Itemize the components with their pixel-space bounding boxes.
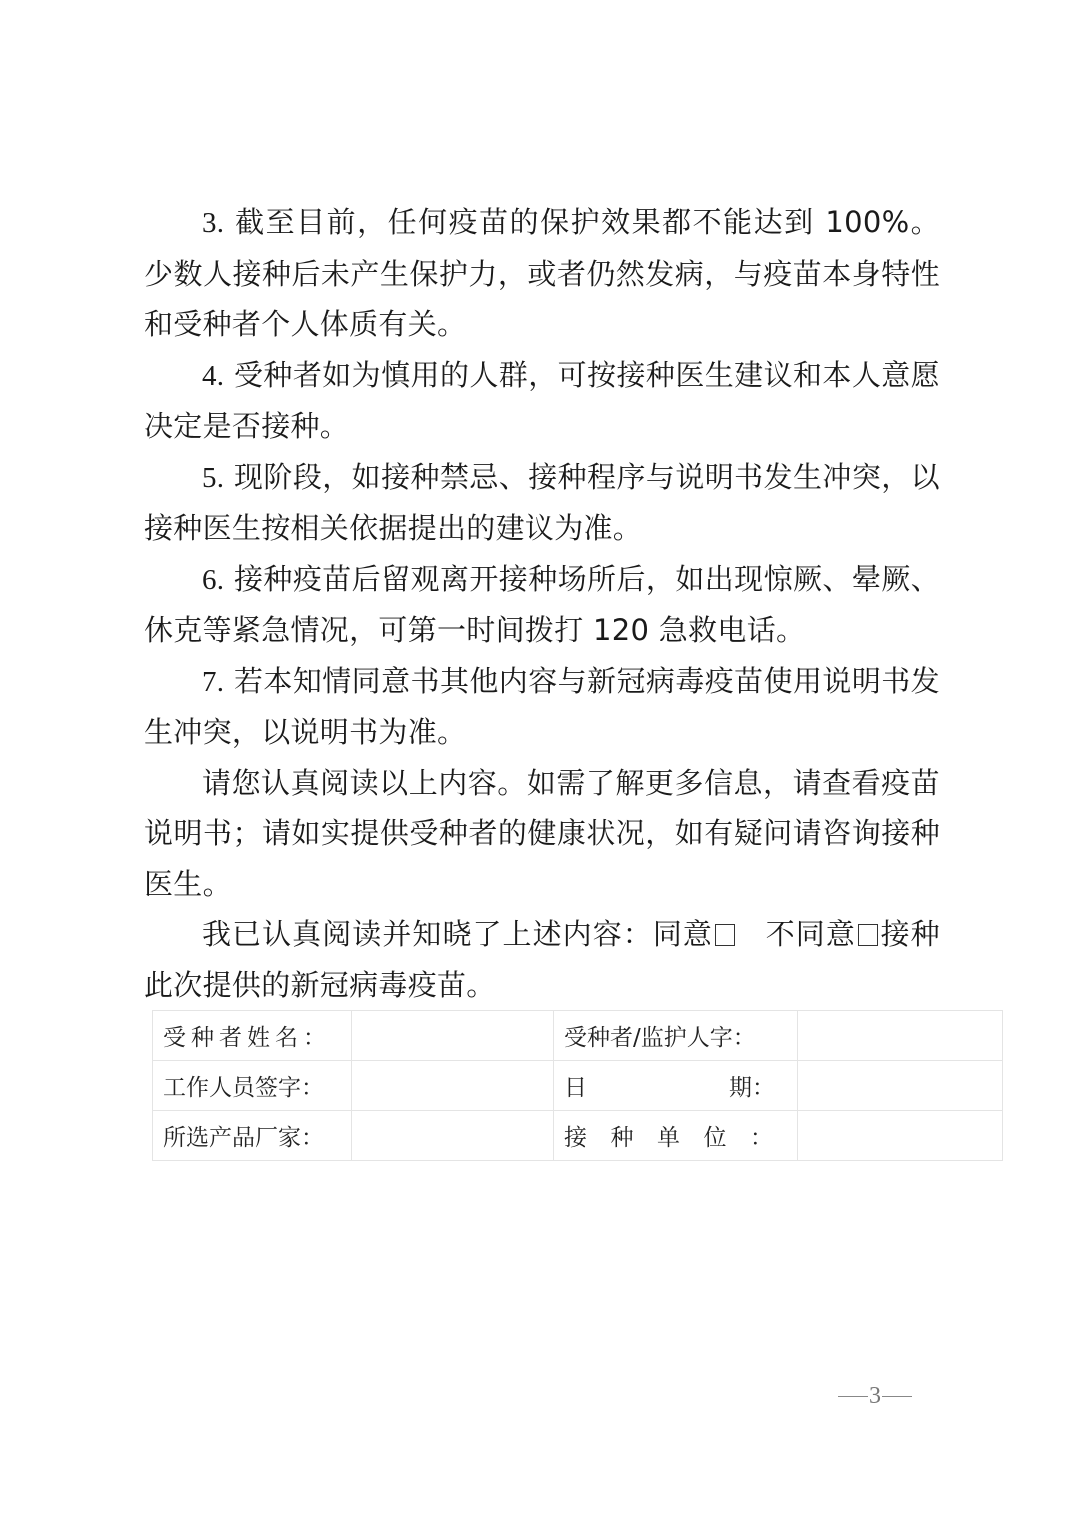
item-number: 7.: [202, 666, 224, 698]
item-number: 3.: [202, 207, 224, 239]
recipient-guardian-signature-field[interactable]: [798, 1011, 1003, 1061]
item-text: 受种者如为慎用的人群，可按接种医生建议和本人意愿决定是否接种。: [144, 358, 940, 444]
manufacturer-field[interactable]: [352, 1111, 554, 1161]
disagree-checkbox[interactable]: [858, 924, 878, 946]
agree-checkbox[interactable]: [715, 924, 735, 946]
vaccination-unit-field[interactable]: [798, 1111, 1003, 1161]
item-number: 6.: [202, 564, 224, 596]
paragraph-item-3: 3. 截至目前，任何疫苗的保护效果都不能达到 100%。少数人接种后未产生保护力…: [144, 197, 940, 350]
page-number-dash-right: [882, 1396, 912, 1397]
staff-signature-label: 工作人员签字：: [153, 1061, 352, 1111]
paragraph-item-6: 6. 接种疫苗后留观离开接种场所后，如出现惊厥、晕厥、休克等紧急情况，可第一时间…: [144, 554, 940, 656]
notice-text: 请您认真阅读以上内容。如需了解更多信息，请查看疫苗说明书；请如实提供受种者的健康…: [144, 766, 940, 901]
date-label: 日 期：: [554, 1061, 798, 1111]
paragraph-item-4: 4. 受种者如为慎用的人群，可按接种医生建议和本人意愿决定是否接种。: [144, 350, 940, 452]
table-row: 受种者姓名： 受种者/监护人字：: [153, 1011, 1003, 1061]
item-text: 现阶段，如接种禁忌、接种程序与说明书发生冲突，以接种医生按相关依据提出的建议为准…: [144, 460, 940, 546]
staff-signature-field[interactable]: [352, 1061, 554, 1111]
vaccination-unit-label: 接 种 单 位 ：: [554, 1111, 798, 1161]
paragraph-reading-notice: 请您认真阅读以上内容。如需了解更多信息，请查看疫苗说明书；请如实提供受种者的健康…: [144, 758, 940, 910]
paragraph-item-7: 7. 若本知情同意书其他内容与新冠病毒疫苗使用说明书发生冲突，以说明书为准。: [144, 656, 940, 758]
item-number: 5.: [202, 462, 224, 494]
paragraph-item-5: 5. 现阶段，如接种禁忌、接种程序与说明书发生冲突，以接种医生按相关依据提出的建…: [144, 452, 940, 554]
signature-table: 受种者姓名： 受种者/监护人字： 工作人员签字： 日 期： 所选产品厂家： 接: [152, 1010, 1003, 1161]
disagree-label: 不同意: [765, 917, 856, 951]
item-text: 若本知情同意书其他内容与新冠病毒疫苗使用说明书发生冲突，以说明书为准。: [144, 664, 940, 750]
item-text: 接种疫苗后留观离开接种场所后，如出现惊厥、晕厥、休克等紧急情况，可第一时间拨打 …: [144, 562, 940, 648]
recipient-name-label: 受种者姓名：: [153, 1011, 352, 1061]
item-number: 4.: [202, 360, 224, 392]
document-body: 3. 截至目前，任何疫苗的保护效果都不能达到 100%。少数人接种后未产生保护力…: [144, 197, 940, 1010]
item-text: 截至目前，任何疫苗的保护效果都不能达到 100%。少数人接种后未产生保护力，或者…: [144, 205, 940, 341]
recipient-guardian-signature-label: 受种者/监护人字：: [554, 1011, 798, 1061]
page-number-dash-left: [838, 1396, 868, 1397]
table-row: 工作人员签字： 日 期：: [153, 1061, 1003, 1111]
consent-prefix: 我已认真阅读并知晓了上述内容：同意: [202, 917, 713, 951]
recipient-name-field[interactable]: [352, 1011, 554, 1061]
document-page: 3. 截至目前，任何疫苗的保护效果都不能达到 100%。少数人接种后未产生保护力…: [0, 0, 1080, 1521]
manufacturer-label: 所选产品厂家：: [153, 1111, 352, 1161]
page-number: 3: [838, 1383, 912, 1410]
table-row: 所选产品厂家： 接 种 单 位 ：: [153, 1111, 1003, 1161]
date-field[interactable]: [798, 1061, 1003, 1111]
consent-statement: 我已认真阅读并知晓了上述内容：同意不同意接种此次提供的新冠病毒疫苗。: [144, 909, 940, 1010]
